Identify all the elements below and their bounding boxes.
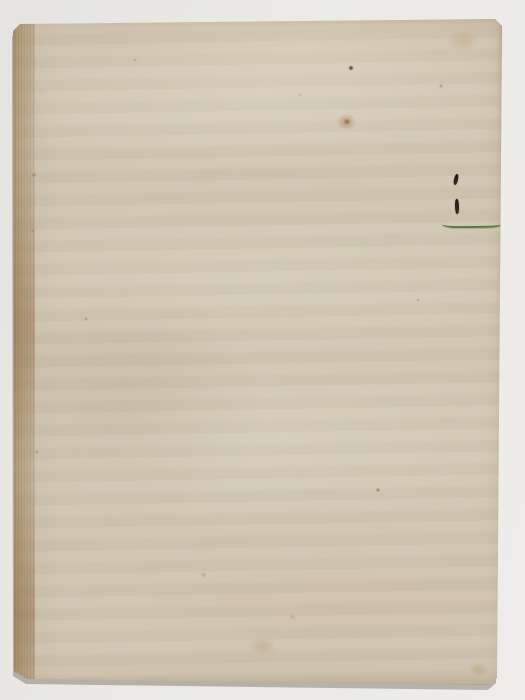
stain bbox=[440, 24, 485, 57]
stain bbox=[297, 92, 303, 98]
stain bbox=[34, 449, 40, 455]
book-cover bbox=[0, 0, 525, 700]
ink-mark bbox=[455, 199, 460, 214]
stain bbox=[375, 487, 381, 493]
stain bbox=[83, 316, 89, 322]
green-crayon-line bbox=[442, 220, 503, 229]
stain bbox=[30, 172, 38, 178]
stain bbox=[243, 633, 282, 660]
stain bbox=[347, 64, 355, 72]
stain bbox=[438, 83, 444, 89]
stain bbox=[465, 659, 492, 680]
ink-mark bbox=[453, 174, 459, 186]
mark-layer bbox=[0, 0, 525, 700]
stain bbox=[342, 117, 353, 126]
stain bbox=[288, 613, 297, 621]
photograph bbox=[0, 0, 525, 700]
stain bbox=[132, 57, 138, 63]
stain bbox=[415, 297, 421, 302]
stain bbox=[199, 571, 208, 579]
stain bbox=[30, 228, 36, 233]
